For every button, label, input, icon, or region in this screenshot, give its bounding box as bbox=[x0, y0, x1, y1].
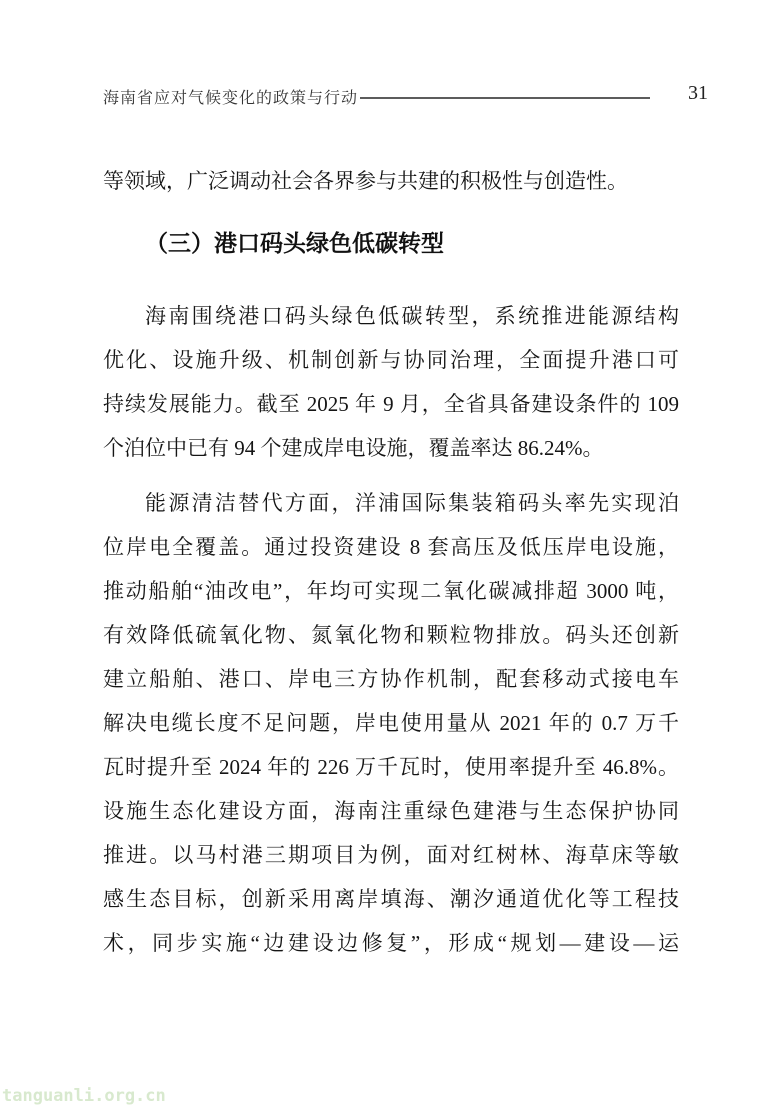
paragraph-line: 设施生态化建设方面，海南注重绿色建港与生态保护协同 bbox=[103, 789, 679, 833]
paragraph-energy-overview: 海南围绕港口码头绿色低碳转型，系统推进能源结构 优化、设施升级、机制创新与协同治… bbox=[103, 294, 679, 470]
paragraph-line: 建立船舶、港口、岸电三方协作机制，配套移动式接电车 bbox=[103, 657, 679, 701]
paragraph-continued: 等领域，广泛调动社会各界参与共建的积极性与创造性。 bbox=[103, 159, 679, 203]
paragraph-line: 海南围绕港口码头绿色低碳转型，系统推进能源结构 bbox=[103, 294, 679, 338]
site-watermark: tanguanli.org.cn bbox=[2, 1086, 166, 1105]
paragraph-clean-energy-detail: 能源清洁替代方面，洋浦国际集装箱码头率先实现泊 位岸电全覆盖。通过投资建设 8 … bbox=[103, 481, 679, 965]
section-heading: （三）港口码头绿色低碳转型 bbox=[103, 221, 679, 266]
paragraph-line: 感生态目标，创新采用离岸填海、潮汐通道优化等工程技 bbox=[103, 877, 679, 921]
page-number: 31 bbox=[688, 82, 708, 105]
paragraph-line: 瓦时提升至 2024 年的 226 万千瓦时，使用率提升至 46.8%。 bbox=[103, 745, 679, 789]
body-content: 等领域，广泛调动社会各界参与共建的积极性与创造性。 （三）港口码头绿色低碳转型 … bbox=[103, 0, 679, 965]
paragraph-line: 术，同步实施“边建设边修复”，形成“规划—建设—运 bbox=[103, 921, 679, 965]
paragraph-line: 等领域，广泛调动社会各界参与共建的积极性与创造性。 bbox=[103, 159, 679, 203]
paragraph-line: 推动船舶“油改电”，年均可实现二氧化碳减排超 3000 吨， bbox=[103, 569, 679, 613]
paragraph-line: 持续发展能力。截至 2025 年 9 月，全省具备建设条件的 109 bbox=[103, 382, 679, 426]
paragraph-line: 有效降低硫氧化物、氮氧化物和颗粒物排放。码头还创新 bbox=[103, 613, 679, 657]
paragraph-line: 个泊位中已有 94 个建成岸电设施，覆盖率达 86.24%。 bbox=[103, 426, 679, 470]
paragraph-line: 能源清洁替代方面，洋浦国际集装箱码头率先实现泊 bbox=[103, 481, 679, 525]
document-page: 海南省应对气候变化的政策与行动 31 等领域，广泛调动社会各界参与共建的积极性与… bbox=[0, 0, 782, 1105]
paragraph-line: 解决电缆长度不足问题，岸电使用量从 2021 年的 0.7 万千 bbox=[103, 701, 679, 745]
paragraph-line: 位岸电全覆盖。通过投资建设 8 套高压及低压岸电设施， bbox=[103, 525, 679, 569]
paragraph-line: 推进。以马村港三期项目为例，面对红树林、海草床等敏 bbox=[103, 833, 679, 877]
paragraph-line: 优化、设施升级、机制创新与协同治理，全面提升港口可 bbox=[103, 338, 679, 382]
